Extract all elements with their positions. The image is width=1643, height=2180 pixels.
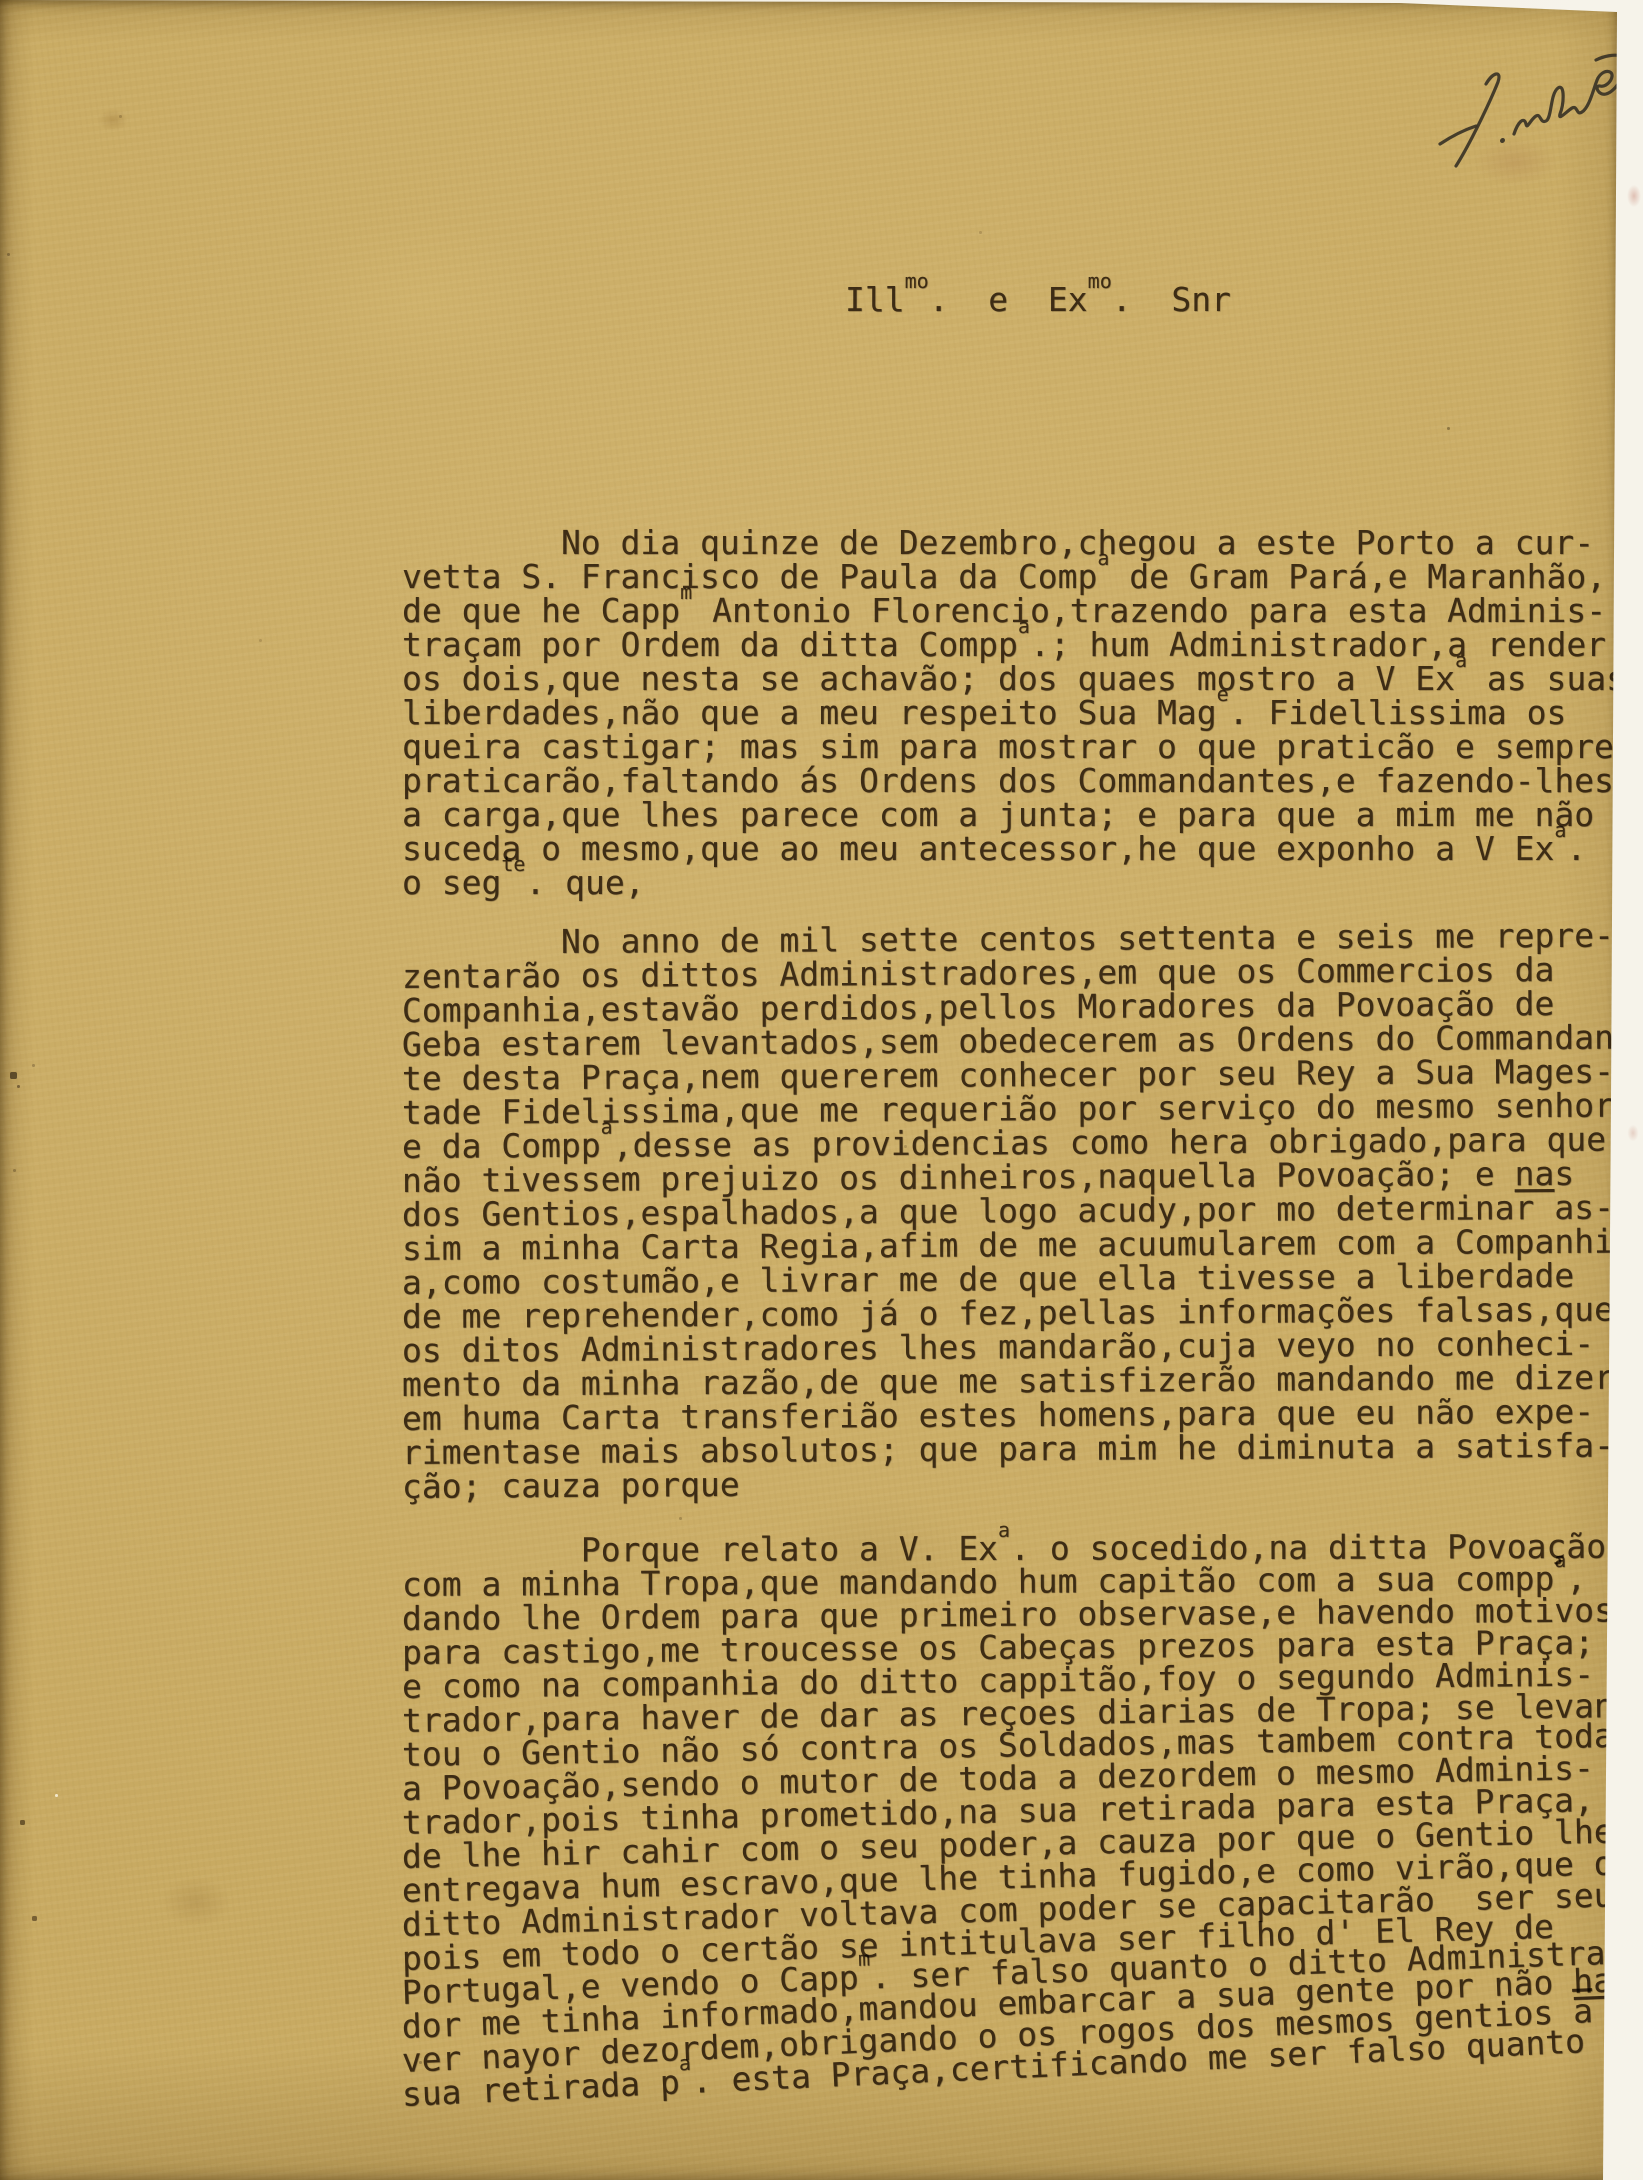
text-line: liberdades,não que a meu respeito Sua Ma… <box>402 696 1626 730</box>
text-line: de que he Cappm Antonio Florencio,trazen… <box>402 594 1626 628</box>
scanned-letter-screenshot: { "scan": { "paper_color": "#c8aa62", "i… <box>0 0 1643 2180</box>
text-line: vetta S. Francisco de Paula da Compa de … <box>402 560 1626 594</box>
text-line: suceda o mesmo,que ao meu antecessor,he … <box>402 832 1626 866</box>
paper-specks <box>0 0 1 1</box>
paragraph-arrival: No dia quinze de Dezembro,chegou a este … <box>402 526 1626 900</box>
text-line: queira castigar; mas sim para mostrar o … <box>402 730 1626 764</box>
text-line: No dia quinze de Dezembro,chegou a este … <box>402 526 1626 560</box>
text-line: ção; cauza porque <box>402 1462 1634 1504</box>
text-line: traçam por Ordem da ditta Comppa.; hum A… <box>402 628 1626 662</box>
paper-sheet: Illmo. e Exmo. Snr No dia quinze de Deze… <box>0 0 1617 2180</box>
handwritten-signature <box>1390 48 1640 183</box>
text-line: os dois,que nesta se achavão; dos quaes … <box>402 662 1626 696</box>
paragraph-year-1776: No anno de mil sette centos settenta e s… <box>402 926 1634 1504</box>
text-line: a carga,que lhes parece com a junta; e p… <box>402 798 1626 832</box>
text-line: o segte. que, <box>402 866 1626 900</box>
paragraph-report: Porque relato a V. Exa. o socedido,na di… <box>402 1534 1634 2112</box>
text-line: praticarão,faltando ás Ordens dos Comman… <box>402 764 1626 798</box>
letter-salutation: Illmo. e Exmo. Snr <box>845 283 1231 317</box>
